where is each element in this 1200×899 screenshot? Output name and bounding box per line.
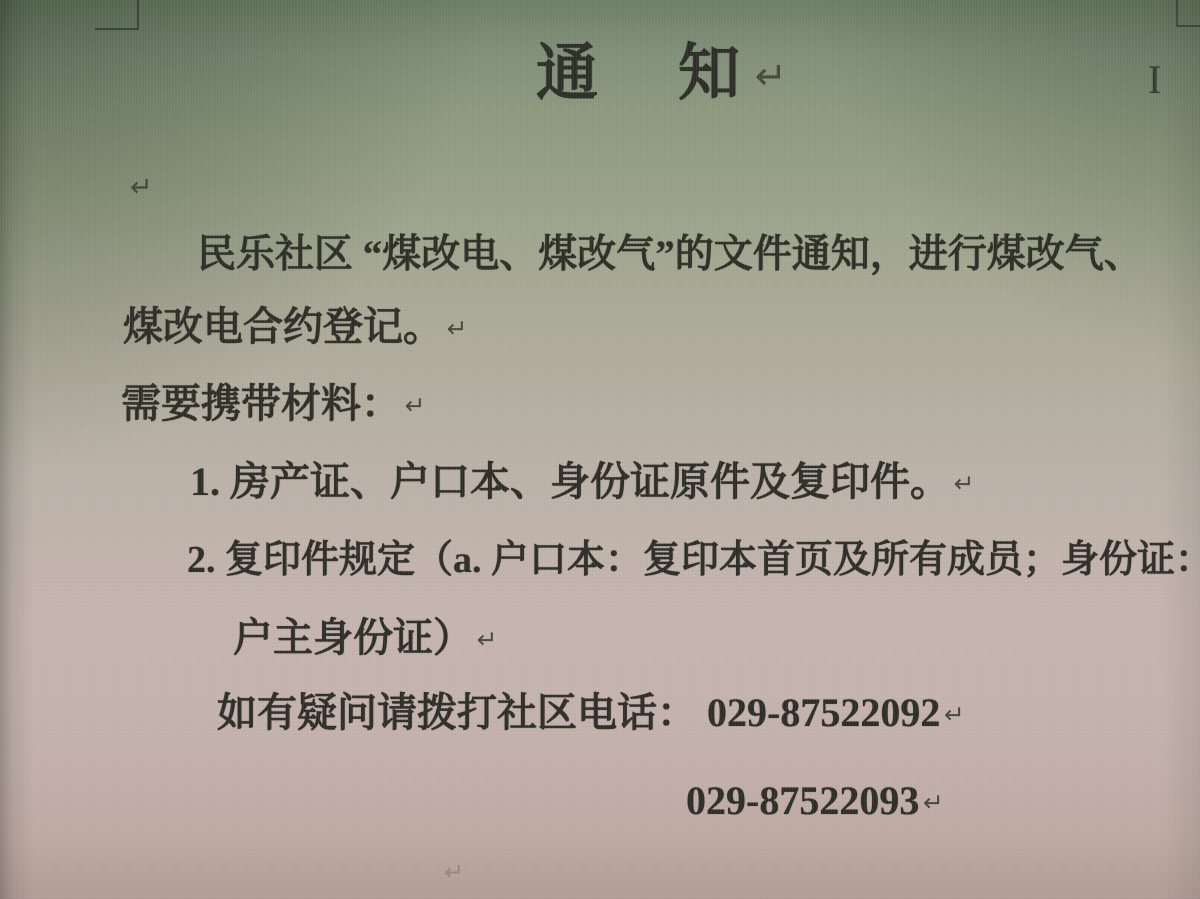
screen-photo: I 通 知↵ ↵ 民乐社区 “煤改电、煤改气”的文件通知，进行煤改气、 煤改电合… [0, 0, 1200, 899]
contact-phone-line-2-text: 029-87522093 [686, 778, 919, 823]
paragraph-mark-icon: ↵ [940, 700, 965, 729]
paragraph-mark-icon: ↵ [443, 314, 468, 343]
paragraph-mark-icon: ↵ [473, 625, 498, 654]
paragraph-mark-icon: ↵ [950, 469, 975, 498]
list-item-2-line-2: 户主身份证）↵ [233, 616, 498, 661]
materials-header-line: 需要携带材料：↵ [121, 382, 426, 427]
paragraph-mark-icon: ↵ [401, 391, 426, 420]
contact-phone-line-1: 如有疑问请拨打社区电话： 029-87522092↵ [217, 691, 965, 736]
contact-phone-line-1-text: 如有疑问请拨打社区电话： 029-87522092 [217, 690, 940, 735]
intro-line-1: 民乐社区 “煤改电、煤改气”的文件通知，进行煤改气、 [197, 233, 1143, 277]
list-item-2-line-1: 2. 复印件规定（a. 户口本：复印本首页及所有成员；身份证： [187, 539, 1200, 582]
notice-title: 通 知↵ [536, 40, 796, 109]
paragraph-mark-icon: ↵ [749, 54, 796, 99]
paragraph-mark-icon: ↵ [919, 788, 944, 817]
list-item-1: 1. 房产证、户口本、身份证原件及复印件。↵ [190, 460, 975, 505]
stray-paragraph-mark-icon: ↵ [444, 858, 464, 886]
notice-title-text: 通 知 [536, 40, 749, 108]
list-item-1-text: 1. 房产证、户口本、身份证原件及复印件。 [190, 459, 950, 504]
notice-document: 通 知↵ ↵ 民乐社区 “煤改电、煤改气”的文件通知，进行煤改气、 煤改电合约登… [0, 0, 1200, 899]
intro-line-2-text: 煤改电合约登记。 [123, 304, 443, 349]
intro-line-1-text: 民乐社区 “煤改电、煤改气”的文件通知，进行煤改气、 [197, 233, 1143, 276]
materials-header-text: 需要携带材料： [121, 381, 401, 426]
intro-line-2: 煤改电合约登记。↵ [123, 305, 468, 350]
empty-paragraph-mark-icon: ↵ [130, 172, 153, 203]
list-item-2-line-1-text: 2. 复印件规定（a. 户口本：复印本首页及所有成员；身份证： [187, 539, 1200, 581]
list-item-2-line-2-text: 户主身份证） [233, 615, 473, 660]
contact-phone-line-2: 029-87522093↵ [686, 779, 944, 824]
